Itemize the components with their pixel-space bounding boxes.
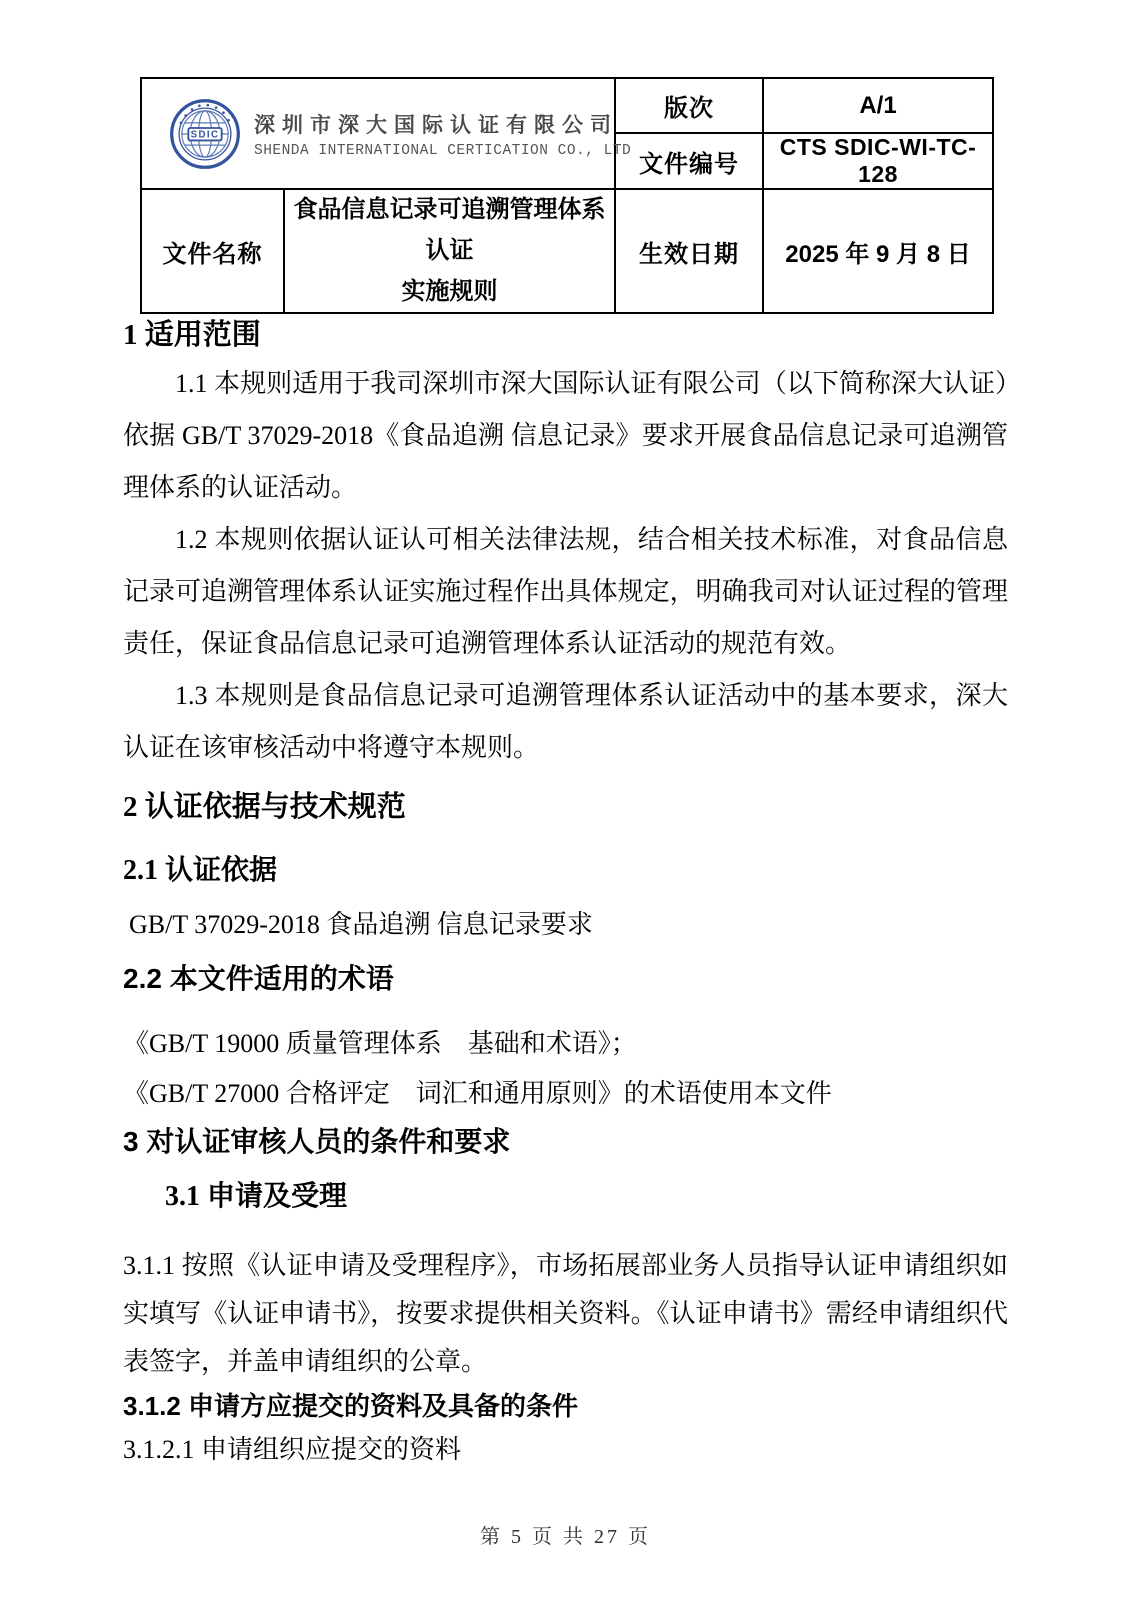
heading-2-1-cert-basis: 2.1 认证依据	[123, 848, 1008, 894]
heading-2-basis: 2 认证依据与技术规范	[123, 784, 1008, 830]
sdic-globe-emblem-icon: SDIC	[168, 96, 242, 172]
version-label: 版次	[615, 78, 763, 133]
version-value: A/1	[763, 78, 993, 133]
line-3-1-2-1: 3.1.2.1 申请组织应提交的资料	[123, 1426, 1008, 1474]
doc-number-value: CTS SDIC-WI-TC-128	[763, 133, 993, 189]
logo-cell: SDIC 深圳市深大国际认证有限公司 SHENDA INTERNATIONAL …	[141, 78, 615, 189]
emblem-text: SDIC	[191, 129, 220, 140]
heading-1-scope: 1 适用范围	[123, 312, 1008, 358]
para-3-1-1: 3.1.1 按照《认证申请及受理程序》，市场拓展部业务人员指导认证申请组织如实填…	[123, 1242, 1008, 1386]
document-body: 1 适用范围 1.1 本规则适用于我司深圳市深大国际认证有限公司（以下简称深大认…	[123, 256, 1008, 1474]
company-name-en: SHENDA INTERNATIONAL CERTICATION CO., LT…	[254, 143, 631, 159]
para-1-1: 1.1 本规则适用于我司深圳市深大国际认证有限公司（以下简称深大认证）依据 GB…	[123, 358, 1008, 514]
line-gbt-19000: 《GB/T 19000 质量管理体系 基础和术语》；	[123, 1019, 1008, 1069]
heading-3-1-application: 3.1 申请及受理	[165, 1174, 1008, 1220]
company-name-cn: 深圳市深大国际认证有限公司	[254, 109, 631, 139]
heading-3-1-2-materials: 3.1.2 申请方应提交的资料及具备的条件	[123, 1386, 1008, 1426]
para-1-2: 1.2 本规则依据认证认可相关法律法规，结合相关技术标准，对食品信息记录可追溯管…	[123, 514, 1008, 670]
doc-number-label: 文件编号	[615, 133, 763, 189]
page-number-footer: 第 5 页 共 27 页	[0, 1520, 1131, 1549]
document-page: SDIC 深圳市深大国际认证有限公司 SHENDA INTERNATIONAL …	[0, 0, 1131, 1600]
para-1-3: 1.3 本规则是食品信息记录可追溯管理体系认证活动中的基本要求，深大认证在该审核…	[123, 670, 1008, 774]
line-gbt-27000: 《GB/T 27000 合格评定 词汇和通用原则》的术语使用本文件	[123, 1069, 1008, 1119]
heading-3-auditor-req: 3 对认证审核人员的条件和要求	[123, 1119, 1008, 1165]
heading-2-2-terms: 2.2 本文件适用的术语	[123, 955, 1008, 1003]
line-gbt-37029: GB/T 37029-2018 食品追溯 信息记录要求	[123, 899, 1008, 951]
